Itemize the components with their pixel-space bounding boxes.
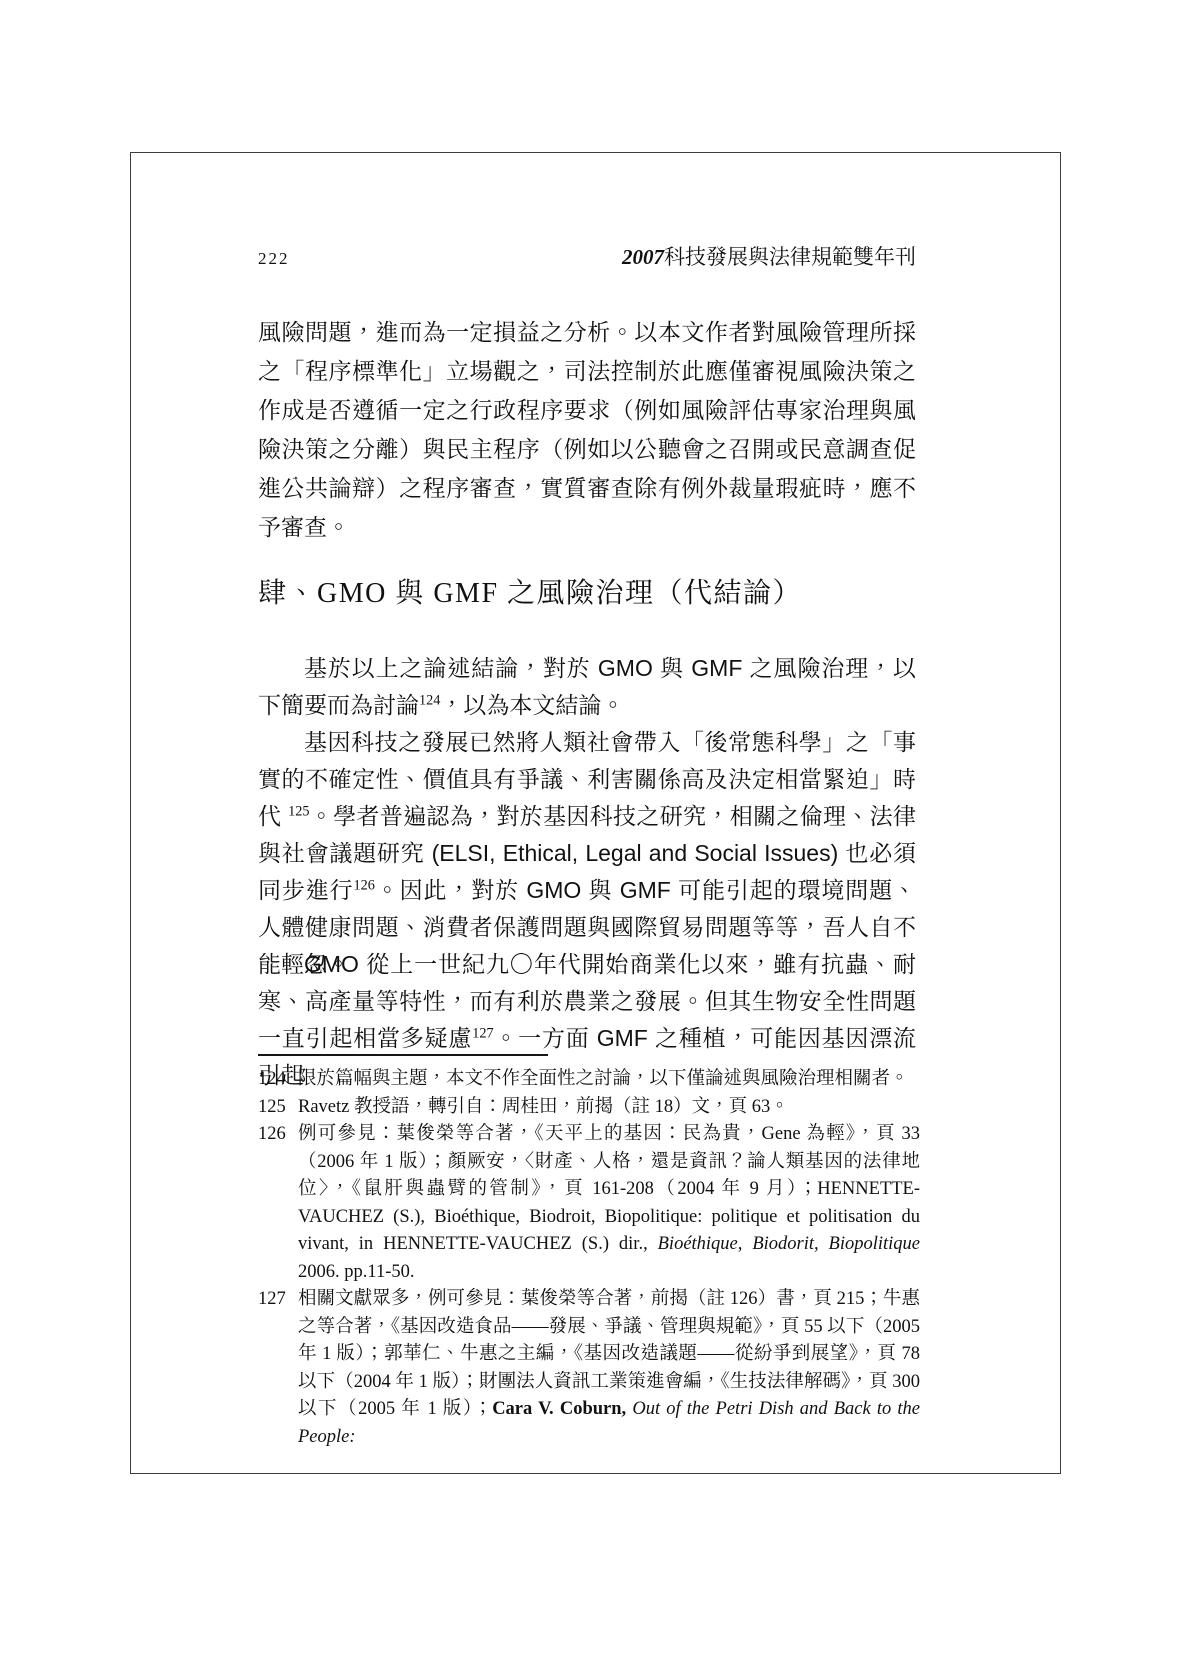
document-page: { "page": { "number": "222", "header_tit…	[0, 0, 1177, 1664]
footnotes-section: 124 限於篇幅與主題，本文不作全面性之討論，以下僅論述與風險治理相關者。 12…	[258, 1066, 920, 1451]
footnote-text: 限於篇幅與主題，本文不作全面性之討論，以下僅論述與風險治理相關者。	[298, 1069, 909, 1089]
footnote-126: 126 例可參見：葉俊榮等合著，《天平上的基因：民為貴，Gene 為輕》，頁 3…	[258, 1121, 920, 1286]
footnote-127: 127 相關文獻眾多，例可參見：葉俊榮等合著，前揭（註 126）書，頁 215；…	[258, 1286, 920, 1451]
footnote-125: 125 Ravetz 教授語，轉引自：周桂田，前揭（註 18）文，頁 63。	[258, 1094, 920, 1122]
footnote-number: 124	[258, 1066, 294, 1094]
body-paragraph-conclusion-intro: 基於以上之論述結論，對於 GMO 與 GMF 之風險治理，以下簡要而為討論124…	[258, 650, 916, 724]
footnote-text: 例可參見：葉俊榮等合著，《天平上的基因：民為貴，Gene 為輕》，頁 33（20…	[298, 1124, 920, 1282]
body-paragraph-post-normal-science: 基因科技之發展已然將人類社會帶入「後常態科學」之「事實的不確定性、價值具有爭議、…	[258, 724, 916, 983]
footnote-124: 124 限於篇幅與主題，本文不作全面性之討論，以下僅論述與風險治理相關者。	[258, 1066, 920, 1094]
footnote-divider-line	[258, 1054, 548, 1056]
section-heading-gmo-gmf: 肆、GMO 與 GMF 之風險治理（代結論）	[258, 571, 916, 611]
footnote-number: 127	[258, 1286, 294, 1314]
footnote-text: 相關文獻眾多，例可參見：葉俊榮等合著，前揭（註 126）書，頁 215；牛惠之等…	[298, 1289, 920, 1447]
body-paragraph-risk-review: 風險問題，進而為一定損益之分析。以本文作者對風險管理所採之「程序標準化」立場觀之…	[258, 313, 916, 547]
footnote-number: 126	[258, 1121, 294, 1149]
page-border-frame: 222 2007科技發展與法律規範雙年刊 風險問題，進而為一定損益之分析。以本文…	[130, 152, 1061, 1474]
journal-header-title: 2007科技發展與法律規範雙年刊	[622, 241, 916, 271]
page-number: 222	[258, 249, 290, 269]
footnote-number: 125	[258, 1094, 294, 1122]
footnote-text: Ravetz 教授語，轉引自：周桂田，前揭（註 18）文，頁 63。	[298, 1097, 789, 1117]
page-header: 222 2007科技發展與法律規範雙年刊	[258, 241, 916, 271]
